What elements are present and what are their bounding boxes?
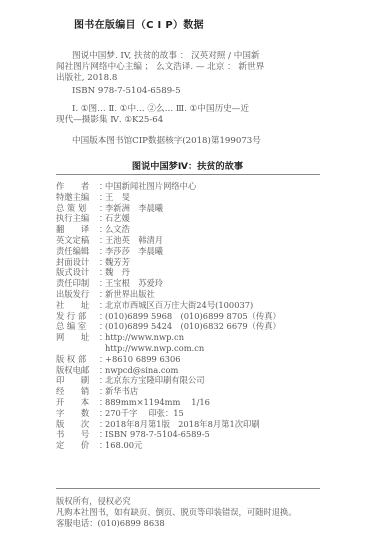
credit-row: 版 权 部：+8610 6899 6306 (56, 354, 281, 365)
credit-label: 作 者 (56, 181, 99, 192)
credit-label: 字 数 (56, 408, 99, 419)
credit-label: 特邀主编 (56, 192, 99, 203)
credit-value: 168.00元 (105, 440, 142, 451)
credit-value: 魏芳芳 (105, 257, 130, 268)
credit-value: 么文浩 (105, 224, 130, 235)
credit-value: 270千字 印张：15 (105, 408, 184, 419)
credit-value: 李莎莎 李晨曦 (105, 246, 163, 257)
divider-bottom (56, 488, 320, 489)
credit-label: 经 销 (56, 386, 99, 397)
cip-heading: 图书在版编目（C I P）数据 (74, 16, 204, 31)
credit-label: 开 本 (56, 397, 99, 408)
credit-value: 新世界出版社 (105, 289, 155, 300)
credit-row: 翻 译：么文浩 (56, 224, 281, 235)
credit-row: 印 刷：北京东方宝隆印刷有限公司 (56, 375, 281, 386)
credit-value: 王池英 韩清月 (105, 235, 163, 246)
credit-label: 印 刷 (56, 375, 99, 386)
credit-value: 石艺媛 (105, 213, 130, 224)
credit-row: 英文定稿：王池英 韩清月 (56, 235, 281, 246)
credit-row: 责任印制：王宝根 苏爱玲 (56, 278, 281, 289)
credit-value: 中国新闻社图片网络中心 (105, 181, 196, 192)
website-link-2[interactable]: http://www.nwp.com.cn (105, 343, 204, 354)
website-link-1[interactable]: http://www.nwp.cn (105, 332, 184, 343)
credit-value: 2018年8月第1版 2018年8月第1次印刷 (105, 419, 260, 430)
credit-label: 版 次 (56, 419, 99, 430)
credit-label: 书 号 (56, 429, 99, 440)
credit-row: 书 号：ISBN 978-7-5104-6589-5 (56, 429, 281, 440)
credit-row: 版权电邮：nwpcd@sina.com (56, 365, 281, 376)
credit-value: 王宝根 苏爱玲 (105, 278, 163, 289)
credit-row: 版 次：2018年8月第1版 2018年8月第1次印刷 (56, 419, 281, 430)
credit-label: 版 权 部 (56, 354, 99, 365)
credit-value: 889mm×1194mm 1/16 (105, 397, 210, 408)
credit-value: 王 旻 (105, 192, 130, 203)
credit-label: 定 价 (56, 440, 99, 451)
credit-label: 执行主编 (56, 213, 99, 224)
credit-row: 版式设计：魏 丹 (56, 267, 281, 278)
credit-row: 责任编辑：李莎莎 李晨曦 (56, 246, 281, 257)
book-title: 图说中国梦Ⅳ：扶贫的故事 (0, 158, 375, 172)
credit-label: 发 行 部 (56, 311, 99, 322)
credit-value: 北京东方宝隆印刷有限公司 (105, 375, 205, 386)
footer: 版权所有，侵权必究 凡购本社图书，如有缺页、倒页、脱页等印装错误，可随时退换。 … (56, 496, 297, 529)
credit-row: 特邀主编：王 旻 (56, 192, 281, 203)
credit-row: 经 销：新华书店 (56, 386, 281, 397)
cip-line-2: 闻社图片网络中心主编 ； 么文浩译. — 北京 ： 新世界 (56, 62, 264, 73)
credit-label: 版权电邮 (56, 365, 99, 376)
credit-label: 责任印制 (56, 278, 99, 289)
email-link[interactable]: nwpcd@sina.com (105, 365, 178, 376)
credit-value: ISBN 978-7-5104-6589-5 (105, 429, 210, 440)
cip-number: 中国版本图书馆CIP数据核字(2018)第199073号 (72, 136, 261, 147)
credit-label: 总 编 室 (56, 321, 99, 332)
credit-row: http://www.nwp.com.cn (56, 343, 281, 354)
cip-isbn: ISBN 978-7-5104-6589-5 (72, 86, 181, 97)
credit-label: 翻 译 (56, 224, 99, 235)
credit-label: 总 策 划 (56, 203, 99, 214)
credit-label (56, 343, 99, 354)
credit-label: 社 址 (56, 300, 99, 311)
credit-row: 开 本：889mm×1194mm 1/16 (56, 397, 281, 408)
credit-row: 发 行 部：(010)6899 5968 (010)6899 8705（传真） (56, 311, 281, 322)
credit-row: 定 价：168.00元 (56, 440, 281, 451)
copyright-notice: 版权所有，侵权必究 (56, 496, 297, 507)
credit-label: 版式设计 (56, 267, 99, 278)
credit-row: 出版发行：新世界出版社 (56, 289, 281, 300)
credit-value: 李新洲 李晨曦 (105, 203, 163, 214)
credit-row: 总 策 划：李新洲 李晨曦 (56, 203, 281, 214)
credit-label: 出版发行 (56, 289, 99, 300)
credit-row: 执行主编：石艺媛 (56, 213, 281, 224)
credit-value: +8610 6899 6306 (105, 354, 181, 365)
credit-row: 作 者：中国新闻社图片网络中心 (56, 181, 281, 192)
credit-value: (010)6899 5968 (010)6899 8705（传真） (105, 311, 281, 322)
credit-label: 责任编辑 (56, 246, 99, 257)
credit-label: 网 址 (56, 332, 99, 343)
divider-top (56, 174, 320, 175)
credit-row: 网 址：http://www.nwp.cn (56, 332, 281, 343)
cip-classification-2: 现代—摄影集 Ⅳ. ①K25-64 (56, 115, 163, 126)
cip-classification-1: Ⅰ. ①图… Ⅱ. ①中… ②么… Ⅲ. ①中国历史—近 (72, 104, 249, 115)
return-policy: 凡购本社图书，如有缺页、倒页、脱页等印装错误，可随时退换。 (56, 507, 297, 518)
service-phone: 客服电话：(010)6899 8638 (56, 518, 297, 529)
credit-value: (010)6899 5424 (010)6832 6679（传真） (105, 321, 281, 332)
credit-row: 社 址：北京市西城区百万庄大街24号(100037) (56, 300, 281, 311)
cip-line-1: 图说中国梦. IV, 扶贫的故事 ： 汉英对照 / 中国新 (72, 51, 260, 62)
credit-value: 北京市西城区百万庄大街24号(100037) (105, 300, 253, 311)
credit-row: 字 数：270千字 印张：15 (56, 408, 281, 419)
credit-row: 封面设计：魏芳芳 (56, 257, 281, 268)
credit-row: 总 编 室：(010)6899 5424 (010)6832 6679（传真） (56, 321, 281, 332)
credit-value: 新华书店 (105, 386, 138, 397)
credit-value: 魏 丹 (105, 267, 130, 278)
cip-line-3: 出版社, 2018.8 (56, 73, 117, 84)
credits-list: 作 者：中国新闻社图片网络中心 特邀主编：王 旻 总 策 划：李新洲 李晨曦 执… (56, 181, 281, 451)
credit-label: 英文定稿 (56, 235, 99, 246)
credit-label: 封面设计 (56, 257, 99, 268)
